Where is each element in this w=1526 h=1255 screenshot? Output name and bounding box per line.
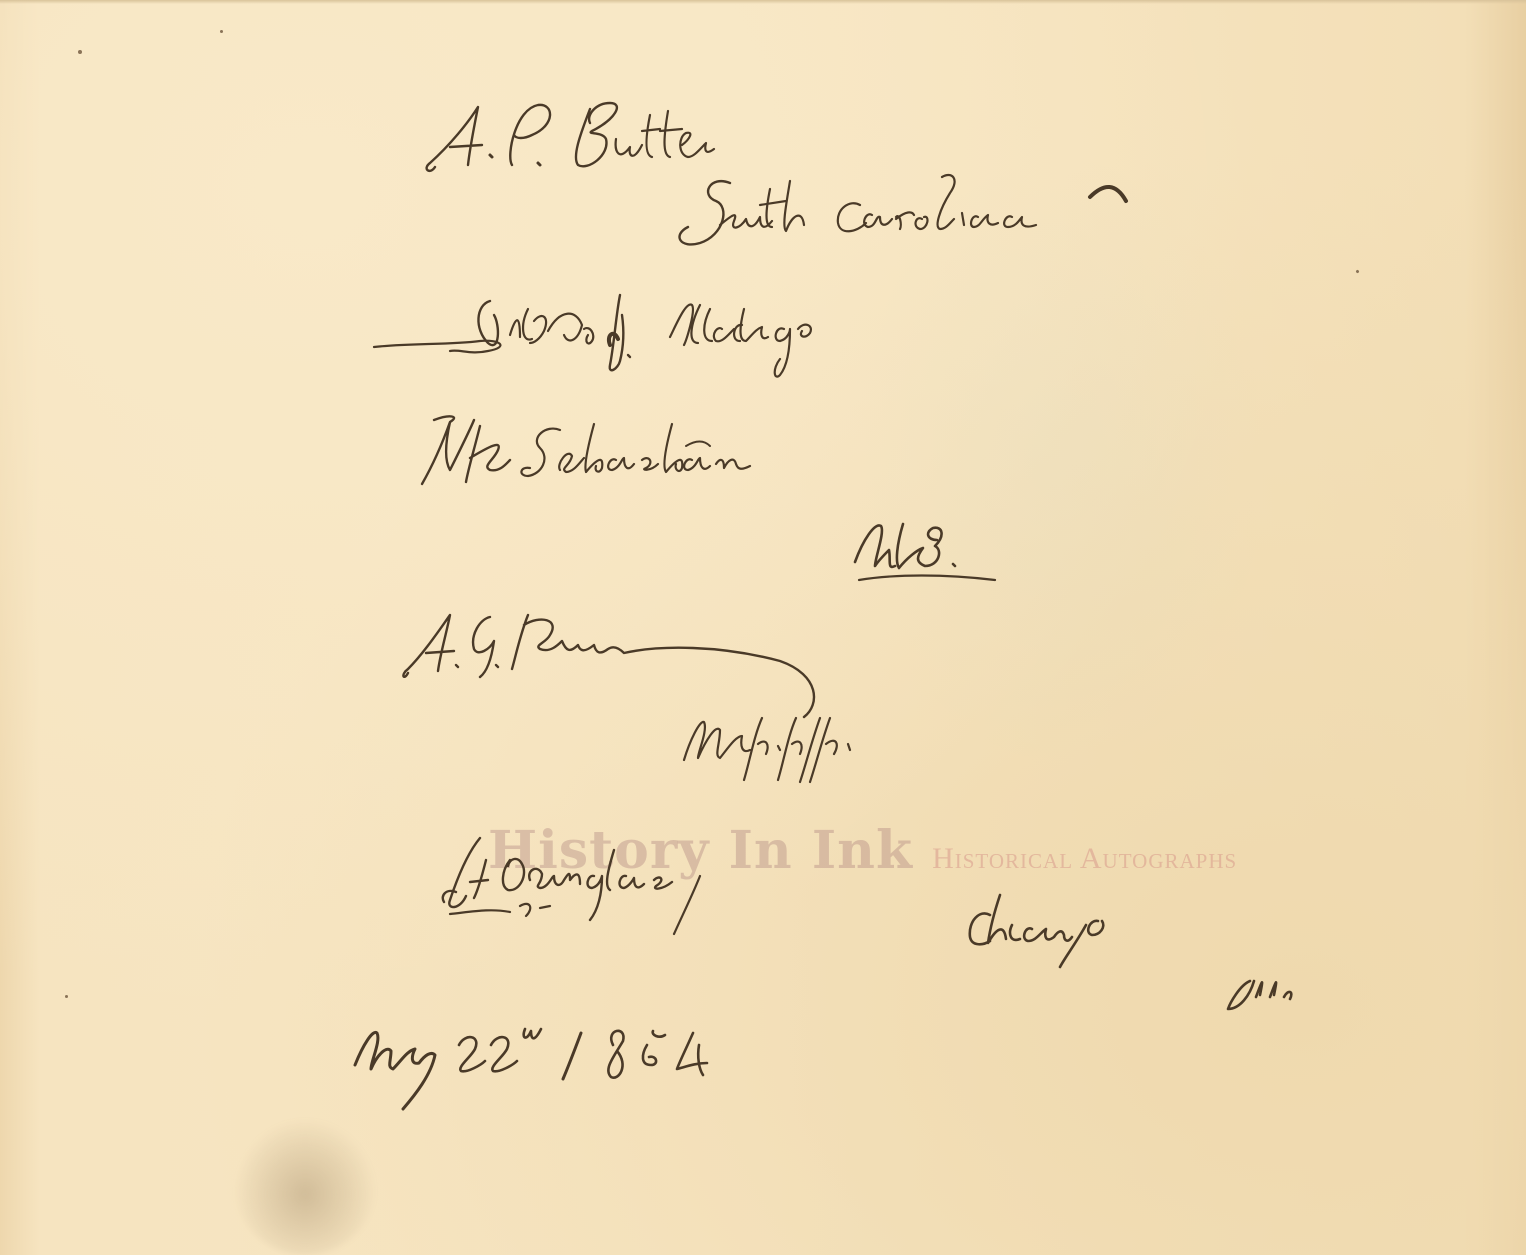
- signer-place: Arks.: [850, 520, 956, 566]
- album-page: A. P. Butler South Carolina Lew Cass Mic…: [0, 0, 1526, 1255]
- signer-name: W. K. Sebastian: [430, 425, 744, 471]
- paper-speck: [65, 995, 68, 998]
- signer-place: Mississippi: [680, 715, 905, 761]
- paper-speck: [1355, 269, 1359, 273]
- signer-place: South Carolina: [670, 185, 1005, 236]
- album-date: May 22d 1854: [345, 1030, 651, 1079]
- signer-name: A. G. Brown: [410, 625, 653, 671]
- signer-name: S. A. Douglas: [450, 845, 720, 891]
- signer-place: Michigan: [960, 300, 1169, 351]
- paper-stain: [235, 1120, 375, 1255]
- signer-place: Chicago: [960, 895, 1125, 941]
- signer-place-line2: Ills: [1215, 980, 1277, 1026]
- signer-name: Lew Cass: [460, 300, 653, 346]
- page-top-edge: [0, 0, 1526, 4]
- signer-name: A. P. Butler: [430, 110, 655, 156]
- paper-speck: [78, 50, 82, 54]
- paper-speck: [220, 30, 223, 33]
